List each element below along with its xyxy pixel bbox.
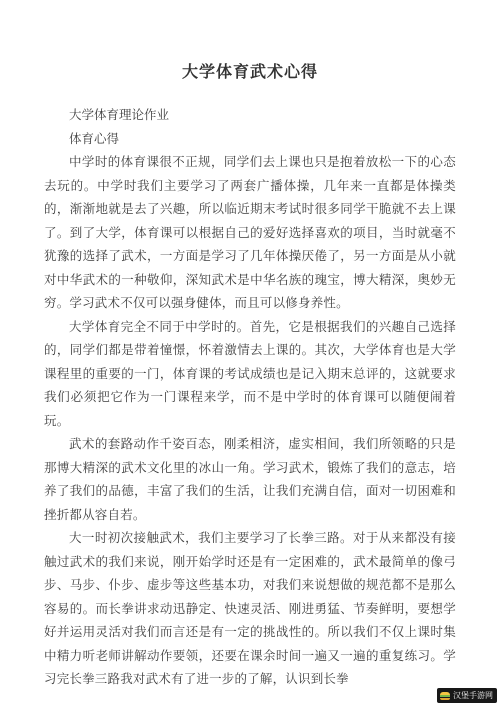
document-body: 大学体育武术心得 大学体育理论作业 体育心得 中学时的体育课很不正规，同学们去上… bbox=[0, 0, 500, 692]
meta-line-assignment: 大学体育理论作业 bbox=[44, 104, 456, 128]
paragraph-4: 大一时初次接触武术，我们主要学习了长拳三路。对于从来都没有接触过武术的我们来说，… bbox=[44, 527, 456, 692]
paragraph-3: 武术的套路动作千姿百态，刚柔相济，虚实相间，我们所领略的只是那博大精深的武术文化… bbox=[44, 433, 456, 527]
document-page: 大学体育武术心得 大学体育理论作业 体育心得 中学时的体育课很不正规，同学们去上… bbox=[0, 0, 500, 707]
paragraph-2: 大学体育完全不同于中学时的。首先，它是根据我们的兴趣自己选择的，同学们都是带着憧… bbox=[44, 316, 456, 434]
watermark-label: 汉堡手游网 bbox=[453, 691, 493, 700]
paragraph-1: 中学时的体育课很不正规，同学们去上课也只是抱着放松一下的心态去玩的。中学时我们主… bbox=[44, 151, 456, 316]
document-title: 大学体育武术心得 bbox=[44, 62, 456, 84]
meta-line-subtitle: 体育心得 bbox=[44, 128, 456, 152]
hamburger-icon bbox=[440, 692, 450, 700]
watermark-badge: 汉堡手游网 bbox=[437, 688, 497, 703]
